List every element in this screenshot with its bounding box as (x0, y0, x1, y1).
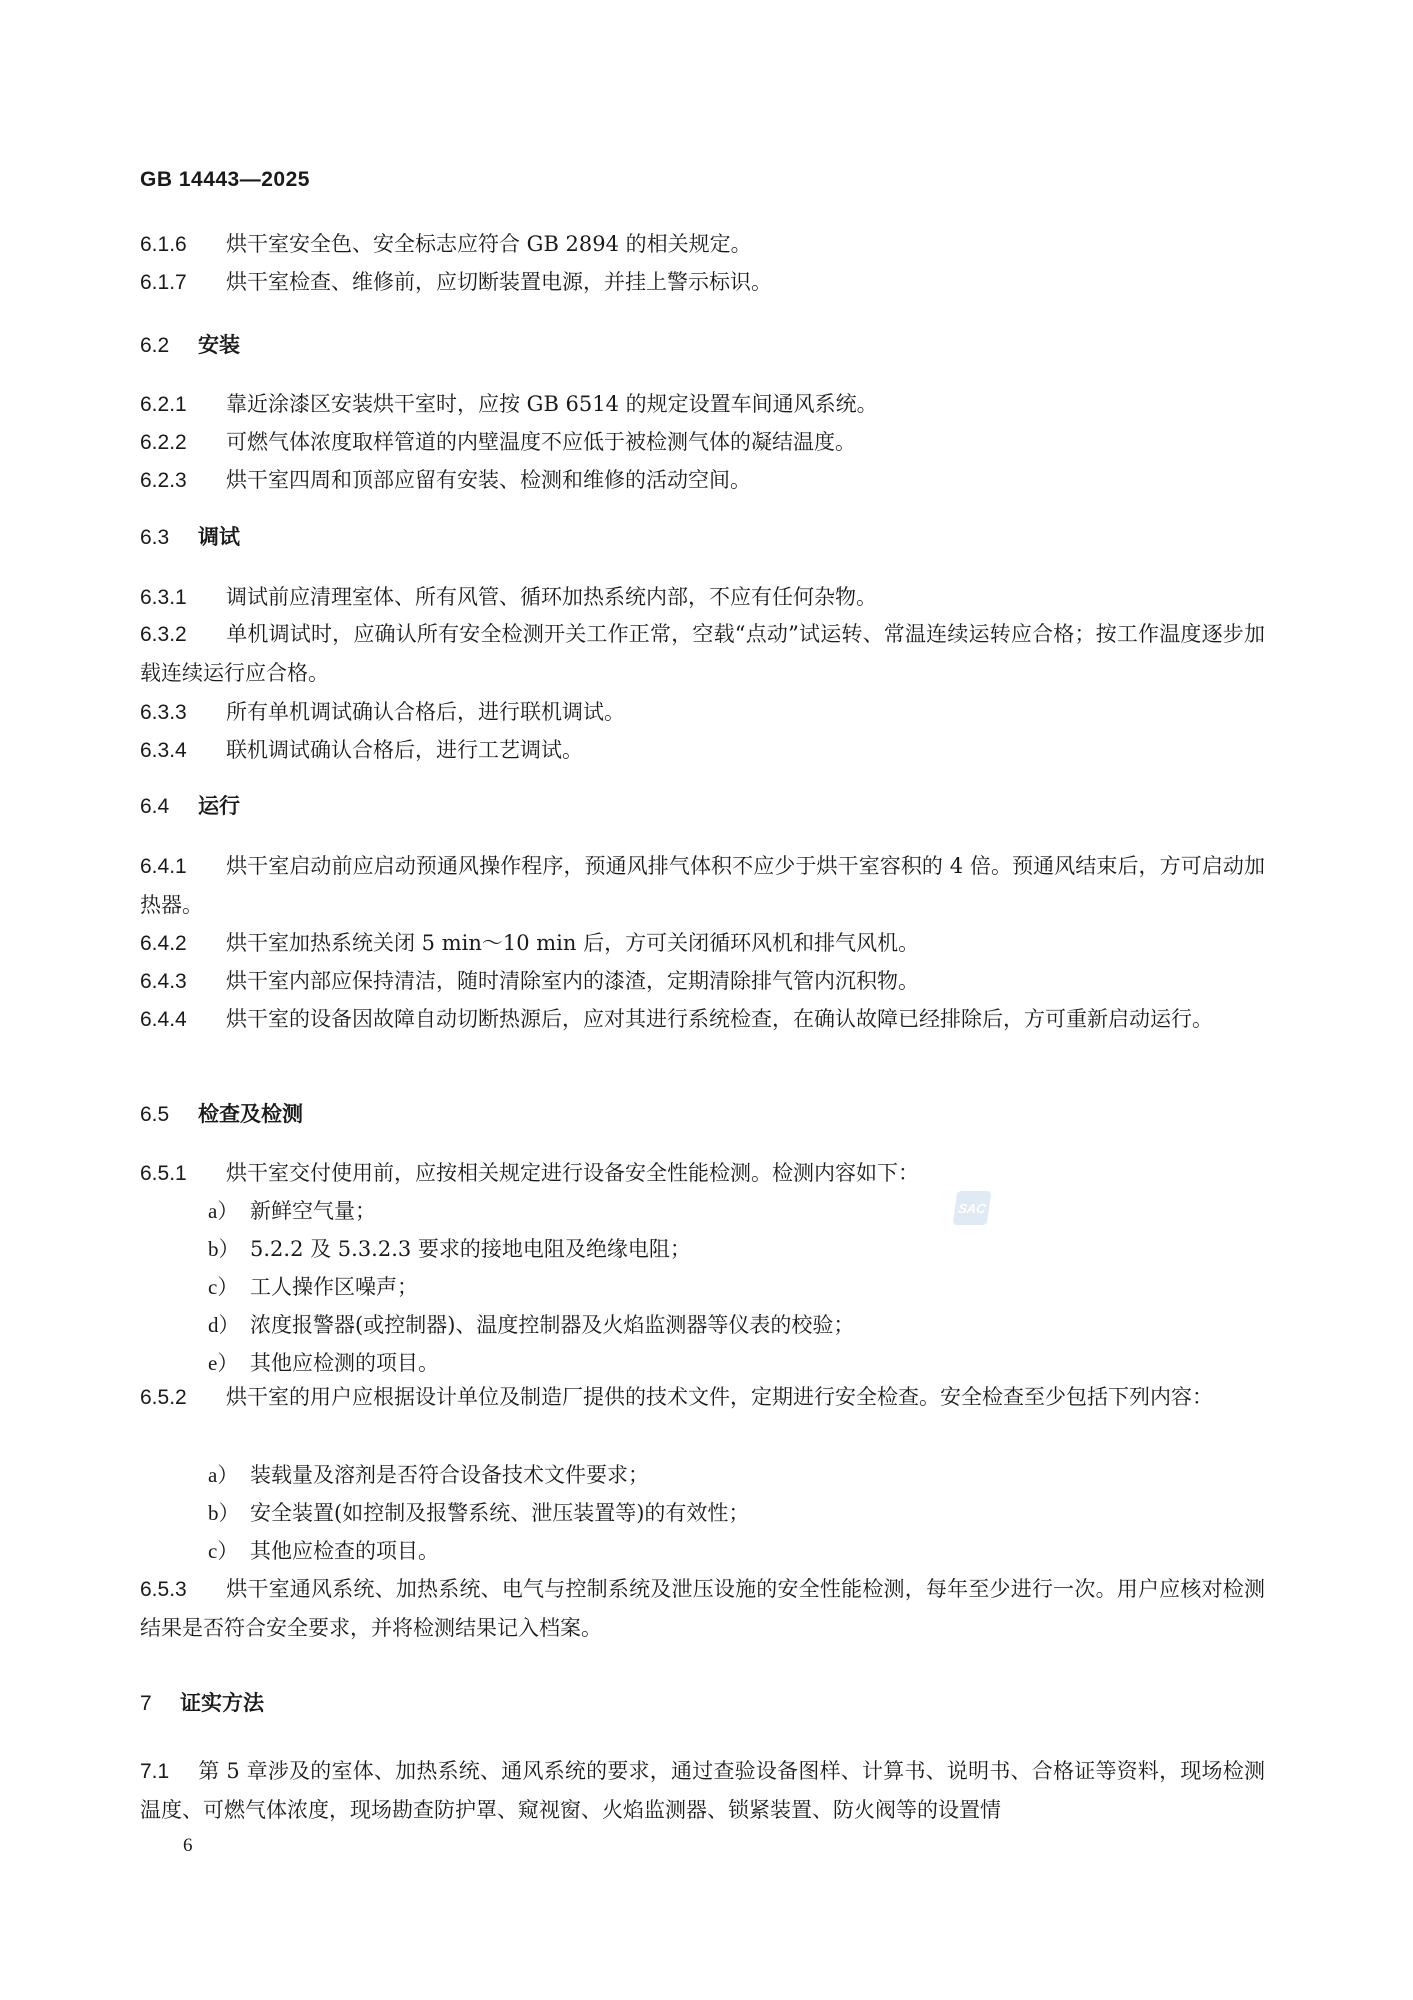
list-item-text: 工人操作区噪声； (250, 1275, 418, 1299)
clause-number: 6.2.2 (140, 429, 226, 457)
clause-text: 单机调试时，应确认所有安全检测开关工作正常，空载“点动”试运转、常温连续运转应合… (140, 622, 1265, 685)
heading-number: 6.4 (140, 793, 198, 821)
list-item-label: b） (208, 1499, 250, 1527)
clause-6-3-1: 6.3.1调试前应清理室体、所有风管、循环加热系统内部，不应有任何杂物。 (140, 583, 877, 612)
clause-6-4-1: 6.4.1烘干室启动前应启动预通风操作程序，预通风排气体积不应少于烘干室容积的 … (140, 847, 1265, 924)
clause-text: 烘干室内部应保持清洁，随时清除室内的漆渣，定期清除排气管内沉积物。 (226, 969, 919, 993)
list-item-text: 新鲜空气量； (250, 1199, 376, 1223)
clause-number: 7.1 (140, 1753, 198, 1791)
list-item-text: 安全装置(如控制及报警系统、泄压装置等)的有效性； (250, 1501, 749, 1525)
heading-number: 6.3 (140, 524, 198, 552)
clause-6-2-1: 6.2.1靠近涂漆区安装烘干室时，应按 GB 6514 的规定设置车间通风系统。 (140, 390, 878, 419)
clause-text: 所有单机调试确认合格后，进行联机调试。 (226, 700, 625, 724)
clause-text: 调试前应清理室体、所有风管、循环加热系统内部，不应有任何杂物。 (226, 585, 877, 609)
clause-6-4-2: 6.4.2烘干室加热系统关闭 5 min～10 min 后，方可关闭循环风机和排… (140, 929, 919, 958)
clause-number: 6.3.4 (140, 737, 226, 765)
clause-number: 6.1.6 (140, 231, 226, 259)
clause-number: 6.4.2 (140, 930, 226, 958)
clause-number: 6.5.3 (140, 1571, 226, 1609)
clause-number: 6.4.3 (140, 968, 226, 996)
clause-number: 6.5.1 (140, 1160, 226, 1188)
sac-watermark-logo: SAC (953, 1191, 992, 1225)
heading-6-5: 6.5检查及检测 (140, 1100, 303, 1129)
clause-number: 6.4.1 (140, 848, 226, 886)
list-item: c）工人操作区噪声； (208, 1273, 418, 1301)
clause-text: 烘干室加热系统关闭 5 min～10 min 后，方可关闭循环风机和排气风机。 (226, 931, 919, 955)
list-item-text: 其他应检查的项目。 (250, 1539, 439, 1563)
clause-text: 可燃气体浓度取样管道的内壁温度不应低于被检测气体的凝结温度。 (226, 430, 856, 454)
list-item: a）装载量及溶剂是否符合设备技术文件要求； (208, 1461, 649, 1489)
chapter-number: 7 (140, 1690, 180, 1718)
clause-6-4-4: 6.4.4烘干室的设备因故障自动切断热源后，应对其进行系统检查，在确认故障已经排… (140, 1000, 1265, 1039)
heading-title: 调试 (198, 525, 240, 549)
list-item-label: c） (208, 1537, 250, 1565)
chapter-title: 证实方法 (180, 1691, 264, 1715)
clause-text: 烘干室启动前应启动预通风操作程序，预通风排气体积不应少于烘干室容积的 4 倍。预… (140, 854, 1265, 917)
list-item-text: 5.2.2 及 5.3.2.3 要求的接地电阻及绝缘电阻； (250, 1237, 691, 1261)
clause-text: 烘干室安全色、安全标志应符合 GB 2894 的相关规定。 (226, 232, 752, 256)
clause-number: 6.2.1 (140, 391, 226, 419)
clause-6-3-2: 6.3.2单机调试时，应确认所有安全检测开关工作正常，空载“点动”试运转、常温连… (140, 615, 1265, 692)
list-item-label: c） (208, 1273, 250, 1301)
heading-6-3: 6.3调试 (140, 523, 240, 552)
clause-number: 6.3.3 (140, 699, 226, 727)
clause-6-5-1: 6.5.1烘干室交付使用前，应按相关规定进行设备安全性能检测。检测内容如下： (140, 1159, 919, 1188)
list-item-text: 装载量及溶剂是否符合设备技术文件要求； (250, 1463, 649, 1487)
clause-6-3-4: 6.3.4联机调试确认合格后，进行工艺调试。 (140, 736, 583, 765)
clause-text: 烘干室四周和顶部应留有安装、检测和维修的活动空间。 (226, 468, 751, 492)
list-item: b）5.2.2 及 5.3.2.3 要求的接地电阻及绝缘电阻； (208, 1235, 691, 1263)
list-item: b）安全装置(如控制及报警系统、泄压装置等)的有效性； (208, 1499, 749, 1527)
clause-6-5-2: 6.5.2烘干室的用户应根据设计单位及制造厂提供的技术文件，定期进行安全检查。安… (140, 1378, 1265, 1417)
page-number: 6 (183, 1835, 193, 1857)
heading-title: 检查及检测 (198, 1102, 303, 1126)
clause-number: 6.2.3 (140, 467, 226, 495)
clause-6-2-3: 6.2.3烘干室四周和顶部应留有安装、检测和维修的活动空间。 (140, 466, 751, 495)
clause-text: 烘干室的设备因故障自动切断热源后，应对其进行系统检查，在确认故障已经排除后，方可… (226, 1007, 1213, 1031)
list-item: e）其他应检测的项目。 (208, 1349, 439, 1377)
clause-6-2-2: 6.2.2可燃气体浓度取样管道的内壁温度不应低于被检测气体的凝结温度。 (140, 428, 856, 457)
list-item-label: a） (208, 1197, 250, 1225)
clause-text: 第 5 章涉及的室体、加热系统、通风系统的要求，通过查验设备图样、计算书、说明书… (140, 1759, 1265, 1822)
clause-text: 联机调试确认合格后，进行工艺调试。 (226, 738, 583, 762)
clause-number: 6.1.7 (140, 269, 226, 297)
clause-7-1: 7.1第 5 章涉及的室体、加热系统、通风系统的要求，通过查验设备图样、计算书、… (140, 1752, 1265, 1829)
list-item-text: 其他应检测的项目。 (250, 1351, 439, 1375)
list-item-label: e） (208, 1349, 250, 1377)
heading-6-2: 6.2安装 (140, 331, 240, 360)
chapter-7-heading: 7证实方法 (140, 1689, 264, 1718)
clause-text: 烘干室通风系统、加热系统、电气与控制系统及泄压设施的安全性能检测，每年至少进行一… (140, 1577, 1265, 1640)
clause-6-1-7: 6.1.7烘干室检查、维修前，应切断装置电源，并挂上警示标识。 (140, 268, 772, 297)
clause-number: 6.3.1 (140, 584, 226, 612)
clause-6-5-3: 6.5.3烘干室通风系统、加热系统、电气与控制系统及泄压设施的安全性能检测，每年… (140, 1570, 1265, 1647)
clause-number: 6.4.4 (140, 1001, 226, 1039)
list-item: d）浓度报警器(或控制器)、温度控制器及火焰监测器等仪表的校验； (208, 1311, 854, 1339)
clause-number: 6.3.2 (140, 616, 226, 654)
clause-text: 烘干室的用户应根据设计单位及制造厂提供的技术文件，定期进行安全检查。安全检查至少… (226, 1385, 1213, 1409)
list-item-label: a） (208, 1461, 250, 1489)
clause-text: 靠近涂漆区安装烘干室时，应按 GB 6514 的规定设置车间通风系统。 (226, 392, 878, 416)
clause-6-1-6: 6.1.6烘干室安全色、安全标志应符合 GB 2894 的相关规定。 (140, 230, 752, 259)
list-item: a）新鲜空气量； (208, 1197, 376, 1225)
heading-title: 运行 (198, 794, 240, 818)
heading-number: 6.2 (140, 332, 198, 360)
heading-title: 安装 (198, 333, 240, 357)
heading-number: 6.5 (140, 1101, 198, 1129)
standard-code: GB 14443—2025 (140, 168, 310, 192)
clause-text: 烘干室检查、维修前，应切断装置电源，并挂上警示标识。 (226, 270, 772, 294)
clause-6-4-3: 6.4.3烘干室内部应保持清洁，随时清除室内的漆渣，定期清除排气管内沉积物。 (140, 967, 919, 996)
clause-6-3-3: 6.3.3所有单机调试确认合格后，进行联机调试。 (140, 698, 625, 727)
heading-6-4: 6.4运行 (140, 792, 240, 821)
list-item-text: 浓度报警器(或控制器)、温度控制器及火焰监测器等仪表的校验； (250, 1313, 854, 1337)
list-item-label: b） (208, 1235, 250, 1263)
clause-number: 6.5.2 (140, 1379, 226, 1417)
list-item: c）其他应检查的项目。 (208, 1537, 439, 1565)
document-page: GB 14443—2025 6.1.6烘干室安全色、安全标志应符合 GB 289… (0, 0, 1413, 2000)
clause-text: 烘干室交付使用前，应按相关规定进行设备安全性能检测。检测内容如下： (226, 1161, 919, 1185)
list-item-label: d） (208, 1311, 250, 1339)
